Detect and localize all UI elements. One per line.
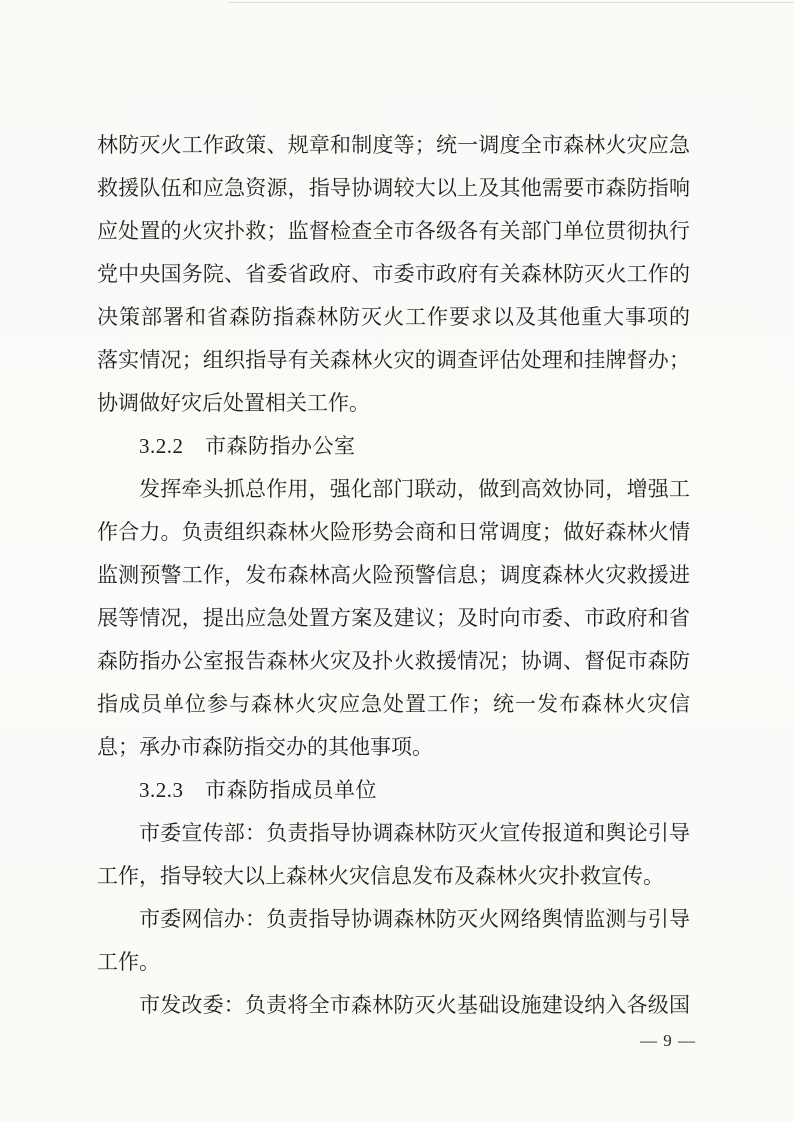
paragraph-line-18: 工作，指导较大以上森林火灾信息发布及森林火灾扑救宣传。 [97, 855, 690, 898]
paragraph-line-9: 发挥牵头抓总作用，强化部门联动，做到高效协同，增强工 [97, 468, 690, 511]
paragraph-line-5: 决策部署和省森防指森林防灭火工作要求以及其他重大事项的 [97, 296, 690, 339]
paragraph-line-15: 息；承办市森防指交办的其他事项。 [97, 726, 690, 769]
paragraph-line-17: 市委宣传部：负责指导协调森林防灭火宣传报道和舆论引导 [97, 812, 690, 855]
paragraph-line-11: 监测预警工作，发布森林高火险预警信息；调度森林火灾救援进 [97, 554, 690, 597]
paragraph-line-20: 工作。 [97, 941, 690, 984]
paragraph-line-14: 指成员单位参与森林火灾应急处置工作；统一发布森林火灾信 [97, 683, 690, 726]
paragraph-line-10: 作合力。负责组织森林火险形势会商和日常调度；做好森林火情 [97, 511, 690, 554]
paragraph-line-19: 市委网信办：负责指导协调森林防灭火网络舆情监测与引导 [97, 898, 690, 941]
paragraph-line-13: 森防指办公室报告森林火灾及扑火救援情况；协调、督促市森防 [97, 640, 690, 683]
section-heading-3-2-3: 3.2.3 市森防指成员单位 [97, 769, 690, 812]
paragraph-line-7: 协调做好灾后处置相关工作。 [97, 382, 690, 425]
paragraph-line-12: 展等情况，提出应急处置方案及建议；及时向市委、市政府和省 [97, 597, 690, 640]
body-text-column: 林防灭火工作政策、规章和制度等；统一调度全市森林火灾应急 救援队伍和应急资源，指… [97, 124, 690, 1027]
paragraph-line-6: 落实情况；组织指导有关森林火灾的调查评估处理和挂牌督办； [97, 339, 690, 382]
section-heading-3-2-2: 3.2.2 市森防指办公室 [97, 425, 690, 468]
paragraph-line-21: 市发改委：负责将全市森林防灭火基础设施建设纳入各级国 [97, 984, 690, 1027]
page-number: — 9 — [633, 1030, 703, 1052]
document-page: 林防灭火工作政策、规章和制度等；统一调度全市森林火灾应急 救援队伍和应急资源，指… [0, 0, 794, 1122]
scan-artifact-top-edge [228, 2, 794, 3]
paragraph-line-4: 党中央国务院、省委省政府、市委市政府有关森林防灭火工作的 [97, 253, 690, 296]
paragraph-line-1: 林防灭火工作政策、规章和制度等；统一调度全市森林火灾应急 [97, 124, 690, 167]
paragraph-line-3: 应处置的火灾扑救；监督检查全市各级各有关部门单位贯彻执行 [97, 210, 690, 253]
paragraph-line-2: 救援队伍和应急资源，指导协调较大以上及其他需要市森防指响 [97, 167, 690, 210]
